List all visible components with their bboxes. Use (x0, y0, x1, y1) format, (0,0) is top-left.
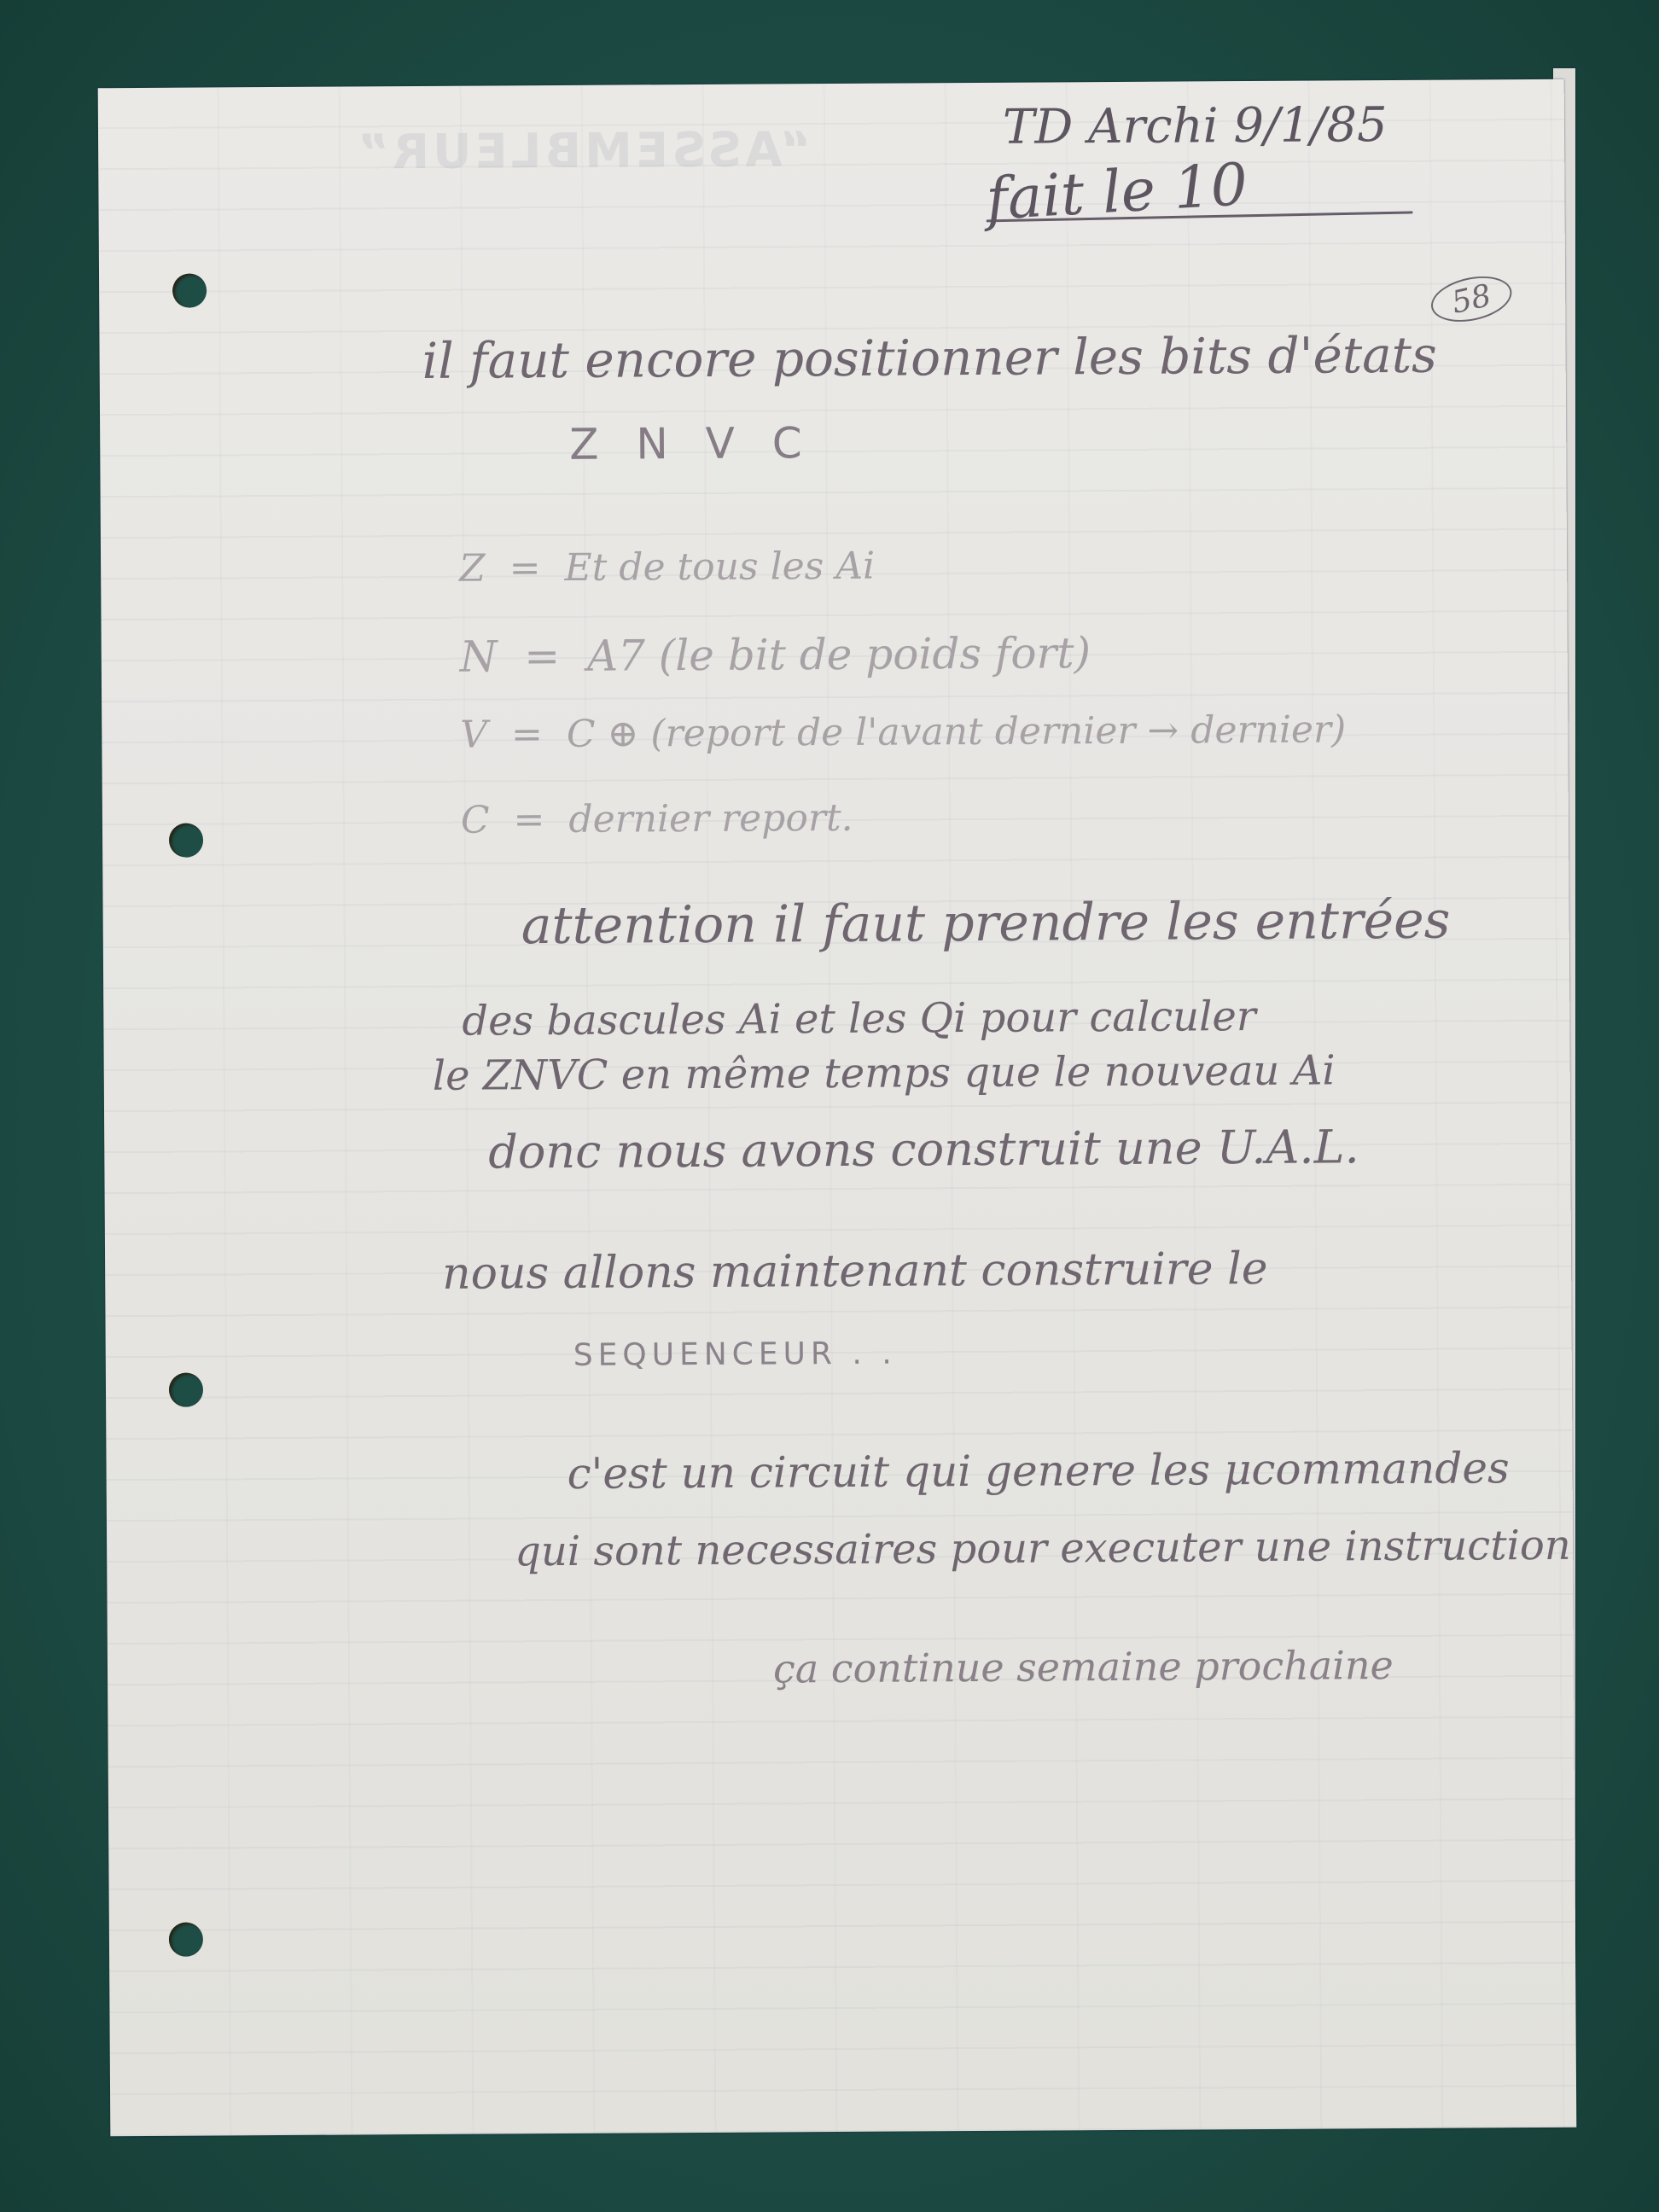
flag-label: N (460, 632, 498, 681)
page-number-circled: 58 (1427, 270, 1516, 329)
equals-sign: = (511, 713, 543, 756)
definition-text: dernier report. (568, 796, 853, 841)
binder-hole-3 (169, 1373, 203, 1407)
flag-label: Z (459, 547, 486, 591)
definition-v: V = C ⊕ (report de l'avant dernier → der… (460, 707, 1346, 756)
attention-line-3: le ZNVC en même temps que le nouveau Ai (433, 1046, 1336, 1099)
header-title: TD Archi 9/1/85 (1003, 97, 1388, 155)
definition-z: Z = Et de tous les Ai (459, 544, 875, 591)
intro-line: il faut encore positionner les bits d'ét… (422, 326, 1437, 390)
equals-sign: = (513, 798, 544, 841)
conclusion-line: donc nous avons construit une U.A.L. (488, 1120, 1359, 1179)
attention-line-2: des bascules Ai et les Qi pour calculer (462, 992, 1256, 1045)
equals-sign: = (524, 632, 560, 681)
show-through-form-grid (98, 79, 1577, 2136)
definition-text: Et de tous les Ai (564, 544, 875, 590)
flag-label: V (460, 713, 487, 756)
definition-c: C = dernier report. (461, 796, 853, 842)
binder-hole-4 (169, 1923, 203, 1957)
equals-sign: = (509, 546, 541, 590)
sequencer-heading: SEQUENCEUR . . (573, 1336, 897, 1373)
sequencer-description-2: qui sont necessaires pour executer une i… (515, 1522, 1576, 1576)
definitions-list: Z = Et de tous les Ai N = A7 (le bit de … (98, 79, 1564, 88)
binder-hole-1 (172, 273, 207, 307)
definition-text: A7 (le bit de poids fort) (587, 628, 1091, 681)
page-number-text: 58 (1448, 278, 1494, 321)
definition-n: N = A7 (le bit de poids fort) (460, 628, 1091, 682)
flag-label: C (461, 798, 490, 841)
header-subtitle: fait le 10 (984, 151, 1249, 234)
attention-line-1: attention il faut prendre les entrées (521, 891, 1450, 957)
binder-hole-2 (169, 824, 203, 858)
show-through-form-title: “ASSEMBLEUR” (354, 122, 811, 180)
next-step-line-1: nous allons maintenant construire le (442, 1243, 1268, 1300)
flags-line: Z N V C (569, 418, 814, 469)
sequencer-description-1: c'est un circuit qui genere les μcommand… (567, 1443, 1509, 1499)
notebook-page: “ASSEMBLEUR” TD Archi 9/1/85 fait le 10 … (98, 79, 1577, 2136)
closing-line: ça continue semaine prochaine (773, 1642, 1394, 1691)
definition-text: C ⊕ (report de l'avant dernier → dernier… (567, 707, 1347, 756)
